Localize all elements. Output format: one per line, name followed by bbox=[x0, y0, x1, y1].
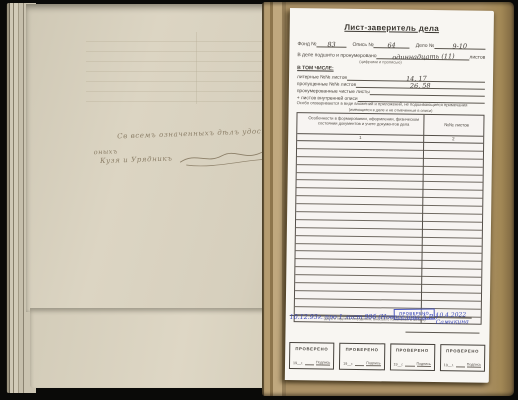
signature-line bbox=[405, 332, 479, 334]
fond-label: Фонд № bbox=[297, 41, 316, 47]
stamp-fill-line bbox=[305, 360, 314, 365]
verification-stamp: ПРОВЕРЕНО19__г.Подпись bbox=[440, 344, 486, 372]
form-title: Лист-заверитель дела bbox=[290, 22, 494, 34]
stamp-sign-label: Подпись bbox=[467, 363, 481, 368]
stamp-year: 19__г. bbox=[444, 363, 454, 367]
delo-label: Дело № bbox=[416, 43, 435, 49]
bleedthrough-table bbox=[86, 32, 276, 104]
verification-form: Лист-заверитель дела Фонд № 83 Опись № 6… bbox=[285, 8, 494, 383]
fond-field: 83 bbox=[316, 39, 346, 47]
delo-value: 9-10 bbox=[452, 43, 467, 49]
handwritten-note: Св всемъ означенныхъ дѣлъ удостовѣряю он… bbox=[91, 127, 283, 190]
stamp-year: 19__г. bbox=[343, 362, 353, 366]
stamp-sign-label: Подпись bbox=[417, 362, 431, 367]
left-page: Св всемъ означенныхъ дѣлъ удостовѣряю он… bbox=[26, 4, 288, 312]
fond-value: 83 bbox=[327, 41, 335, 47]
handwritten-line-2: оныхъ bbox=[94, 147, 118, 156]
delo-field: 9-10 bbox=[434, 41, 485, 50]
archive-reference-row: Фонд № 83 Опись № 64 Дело № 9-10 bbox=[297, 39, 485, 50]
features-table: Особенности в формировании, оформлении, … bbox=[294, 112, 485, 325]
table-col2-number: 2 bbox=[424, 136, 484, 143]
signature-flourish bbox=[178, 145, 275, 170]
stamp-sign-row: 19__г.Подпись bbox=[444, 362, 481, 368]
table-col1-header: Особенности в формировании, оформлении, … bbox=[297, 113, 430, 135]
table-col2-header: №№ листов bbox=[430, 115, 484, 136]
stamp-fill-line bbox=[355, 361, 364, 366]
opis-label: Опись № bbox=[352, 42, 373, 48]
verification-stamps-row: ПРОВЕРЕНО19__г.ПодписьПРОВЕРЕНО19__г.Под… bbox=[289, 342, 485, 372]
table-header-row: Особенности в формировании, оформлении, … bbox=[297, 113, 483, 137]
stamp-sign-label: Подпись bbox=[366, 361, 380, 366]
stamp-fill-line bbox=[456, 362, 465, 367]
handwritten-line-3-text: Кузя и Урядникъ bbox=[100, 155, 173, 166]
stamp-title: ПРОВЕРЕНО bbox=[340, 347, 383, 353]
stamp-sign-row: 19__г.Подпись bbox=[343, 361, 380, 367]
left-underpage bbox=[30, 308, 280, 388]
bleedthrough-column-line bbox=[196, 32, 197, 104]
numbered-caption: (цифрами и прописью) bbox=[359, 59, 402, 65]
stamp-title: ПРОВЕРЕНО bbox=[290, 346, 333, 352]
opis-value: 64 bbox=[388, 42, 396, 48]
including-heading: В ТОМ ЧИСЛЕ: bbox=[297, 65, 334, 72]
verification-stamp: ПРОВЕРЕНО19__г.Подпись bbox=[339, 343, 385, 371]
stamp-title: ПРОВЕРЕНО bbox=[441, 348, 484, 354]
verification-stamp: ПРОВЕРЕНО19__г.Подпись bbox=[389, 343, 435, 371]
opis-field: 64 bbox=[374, 40, 410, 49]
stamp-year: 19__г. bbox=[293, 361, 303, 365]
stamp-sign-row: 19__г.Подпись bbox=[293, 360, 330, 366]
table-body bbox=[295, 141, 484, 324]
handwritten-line-3: Кузя и Урядникъ bbox=[100, 155, 173, 166]
stamp-sign-row: 19__г.Подпись bbox=[394, 361, 431, 367]
stamp-sign-label: Подпись bbox=[316, 360, 330, 365]
numbered-suffix: листов bbox=[469, 55, 485, 61]
stamp-fill-line bbox=[405, 362, 414, 367]
stamp-year: 19__г. bbox=[394, 362, 404, 366]
stamp-title: ПРОВЕРЕНО bbox=[391, 347, 434, 353]
verification-stamp: ПРОВЕРЕНО19__г.Подпись bbox=[289, 342, 335, 370]
